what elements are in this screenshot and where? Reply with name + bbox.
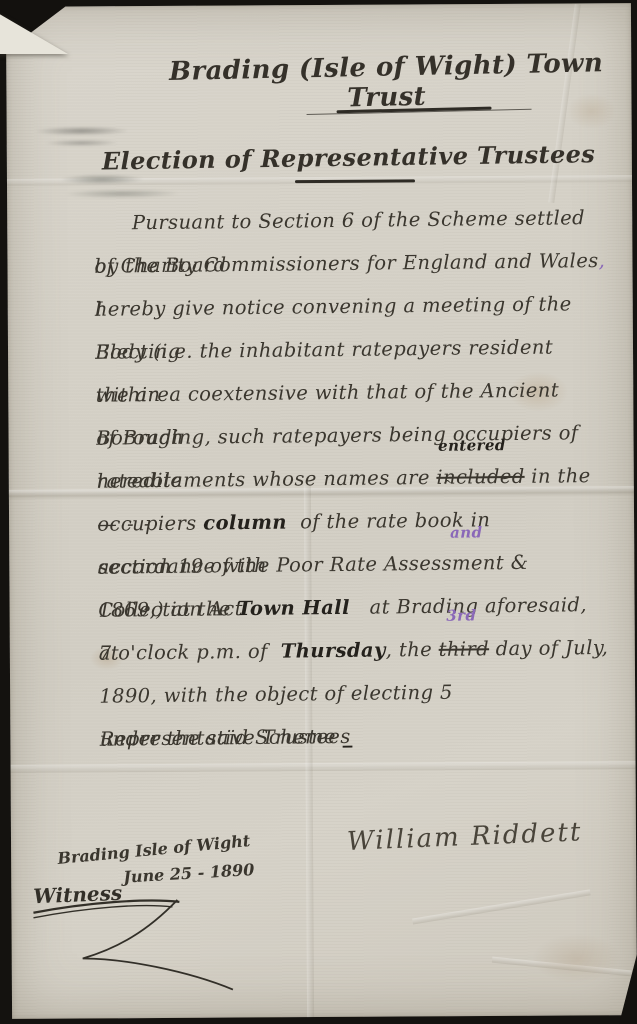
line-text: under the said Scheme (100, 725, 343, 751)
body-line-2: of Charity Commissioners for England and… (94, 239, 607, 288)
paper-crease (412, 889, 591, 924)
paper-crease (492, 957, 632, 977)
folded-corner-flap (0, 12, 68, 54)
bottom-right-edge (619, 954, 637, 1024)
insertion-caret: ^ (442, 480, 453, 490)
scan-background: Brading (Isle of Wight) Town Trust Elect… (0, 0, 637, 1024)
body-line-8: occupiers column of the rate book in acc… (97, 497, 610, 546)
body-line-4: Body (i.e. the inhabitant ratepayers res… (95, 325, 608, 374)
purple-annotation-3rd: 3rd (446, 608, 476, 623)
body-text: Pursuant to Section 6 of the Scheme sett… (94, 196, 613, 761)
closing-dash: _ (342, 725, 352, 748)
ink-smudge (62, 174, 142, 184)
line-text: in the (525, 464, 598, 488)
document-heading: Election of Representative Trustees (102, 139, 596, 175)
inserted-word: entered (438, 438, 506, 454)
edit-correction: 3rdthird (438, 627, 489, 671)
line-text: occupiers (97, 512, 203, 536)
body-line-3: hereby give notice convening a meeting o… (95, 282, 608, 331)
edit-correction: entered^included (436, 455, 525, 499)
witness-flourish (27, 885, 268, 996)
body-line-9: section 19 of the Poor Rate Assessment &… (98, 540, 611, 589)
document-title: Brading (Isle of Wight) Town Trust (156, 48, 617, 117)
inserted-word: Thursday (281, 638, 386, 662)
signature-william-riddett: William Riddett (346, 817, 582, 857)
body-line-7: hereditaments whose names are entered^in… (97, 454, 610, 503)
paper-stain (532, 933, 622, 984)
ink-smudge (37, 126, 127, 136)
paper-crease (11, 761, 636, 773)
body-line-5: the area coextensive with that of the An… (96, 368, 609, 417)
body-line-11: 7 o'clock p.m. of Thursday, the 3rdthird… (99, 626, 612, 675)
document-page: Brading (Isle of Wight) Town Trust Elect… (6, 3, 637, 1019)
struck-word: third (439, 637, 490, 661)
date-line: June 25 - 1890 (123, 860, 255, 887)
inserted-word: Town Hall (237, 596, 350, 620)
heading-underline (295, 179, 415, 182)
body-line-12: 1890, with the object of electing 5 Repr… (99, 669, 612, 718)
line-text: day of July, (489, 636, 608, 660)
line-text: hereditaments whose names are (97, 466, 437, 493)
line-text: 1869,) at the (98, 597, 237, 622)
purple-annotation-and: and (450, 525, 482, 540)
line-text: , the (386, 638, 439, 662)
body-line-6: of Brading, such ratepayers being occupi… (96, 411, 609, 460)
line-text: of Charity Commissioners for England and… (94, 249, 598, 278)
inserted-word: column (203, 511, 287, 535)
body-line-13: under the said Scheme _ (100, 712, 613, 761)
body-line-1: Pursuant to Section 6 of the Scheme sett… (94, 196, 607, 245)
line-text: 7 o'clock p.m. of (99, 640, 281, 665)
body-line-10: 1869,) at the Town Hall at Brading afore… (98, 583, 611, 632)
ink-smudge (67, 189, 177, 199)
